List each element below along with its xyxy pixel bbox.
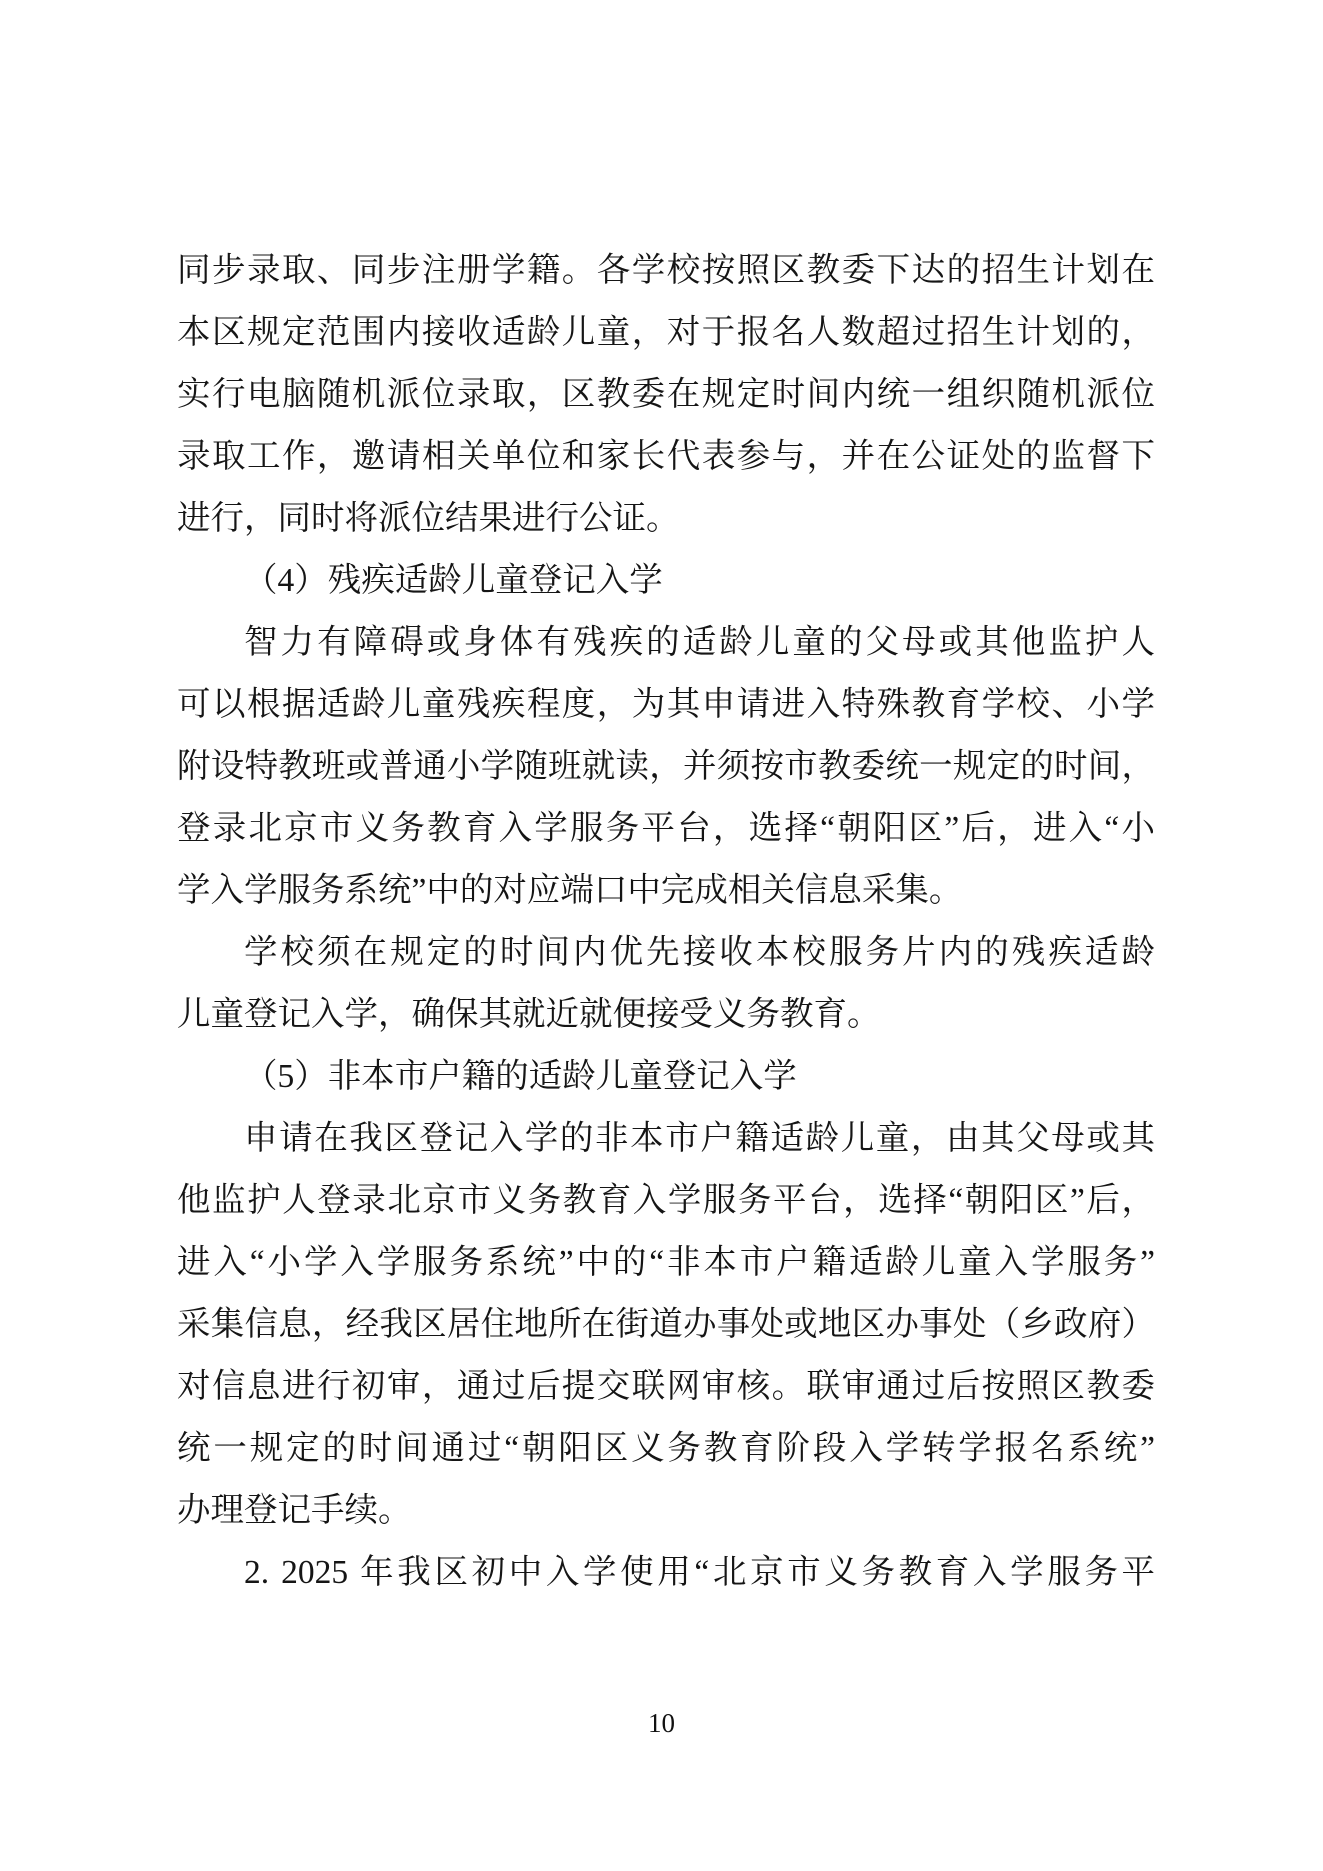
text-line: （5）非本市户籍的适龄儿童登记入学 xyxy=(177,1046,1155,1108)
text-line: 2. 2025 年我区初中入学使用“北京市义务教育入学服务平 xyxy=(177,1542,1155,1604)
text-line: （4）残疾适龄儿童登记入学 xyxy=(177,550,1155,612)
text-line: 采集信息，经我区居住地所在街道办事处或地区办事处（乡政府） xyxy=(177,1294,1155,1356)
text-line: 儿童登记入学，确保其就近就便接受义务教育。 xyxy=(177,984,1155,1046)
page-number: 10 xyxy=(0,1706,1323,1740)
text-line: 登录北京市义务教育入学服务平台，选择“朝阳区”后，进入“小 xyxy=(177,798,1155,860)
text-line: 学校须在规定的时间内优先接收本校服务片内的残疾适龄 xyxy=(177,922,1155,984)
text-line: 本区规定范围内接收适龄儿童，对于报名人数超过招生计划的， xyxy=(177,302,1155,364)
text-line: 办理登记手续。 xyxy=(177,1480,1155,1542)
text-line: 附设特教班或普通小学随班就读，并须按市教委统一规定的时间， xyxy=(177,736,1155,798)
text-line: 申请在我区登记入学的非本市户籍适龄儿童，由其父母或其 xyxy=(177,1108,1155,1170)
text-line: 智力有障碍或身体有残疾的适龄儿童的父母或其他监护人 xyxy=(177,612,1155,674)
text-line: 进入“小学入学服务系统”中的“非本市户籍适龄儿童入学服务” xyxy=(177,1232,1155,1294)
text-line: 录取工作，邀请相关单位和家长代表参与，并在公证处的监督下 xyxy=(177,426,1155,488)
text-line: 实行电脑随机派位录取，区教委在规定时间内统一组织随机派位 xyxy=(177,364,1155,426)
text-line: 进行，同时将派位结果进行公证。 xyxy=(177,488,1155,550)
text-line: 统一规定的时间通过“朝阳区义务教育阶段入学转学报名系统” xyxy=(177,1418,1155,1480)
document-body: 同步录取、同步注册学籍。各学校按照区教委下达的招生计划在本区规定范围内接收适龄儿… xyxy=(177,240,1155,1604)
text-line: 学入学服务系统”中的对应端口中完成相关信息采集。 xyxy=(177,860,1155,922)
text-line: 同步录取、同步注册学籍。各学校按照区教委下达的招生计划在 xyxy=(177,240,1155,302)
text-line: 他监护人登录北京市义务教育入学服务平台，选择“朝阳区”后， xyxy=(177,1170,1155,1232)
document-page: 同步录取、同步注册学籍。各学校按照区教委下达的招生计划在本区规定范围内接收适龄儿… xyxy=(0,0,1323,1871)
text-line: 可以根据适龄儿童残疾程度，为其申请进入特殊教育学校、小学 xyxy=(177,674,1155,736)
text-line: 对信息进行初审，通过后提交联网审核。联审通过后按照区教委 xyxy=(177,1356,1155,1418)
